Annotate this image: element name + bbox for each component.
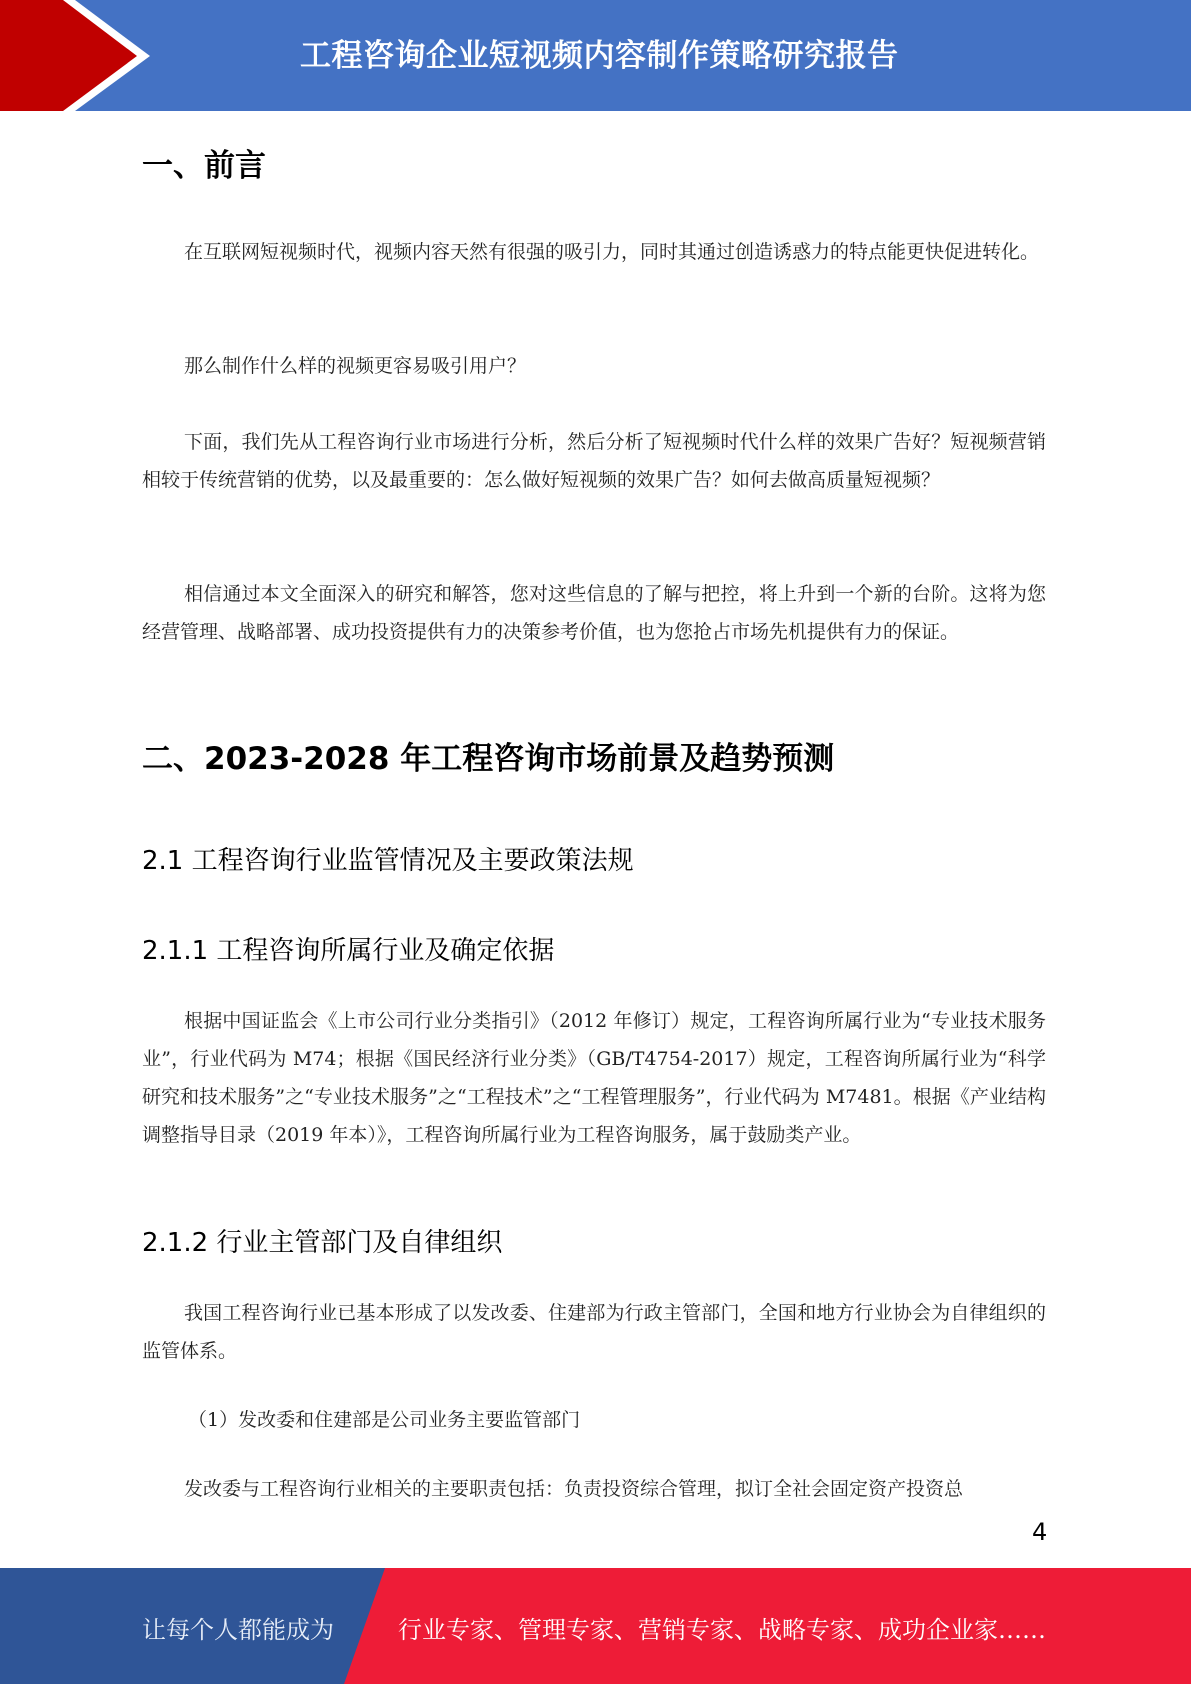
paragraph: 根据中国证监会《上市公司行业分类指引》（2012 年修订）规定，工程咨询所属行业… (142, 1002, 1046, 1154)
paragraph: 相信通过本文全面深入的研究和解答，您对这些信息的了解与把控，将上升到一个新的台阶… (142, 575, 1046, 651)
heading-market-outlook: 二、2023-2028 年工程咨询市场前景及趋势预测 (142, 733, 834, 778)
paragraph: 那么制作什么样的视频更容易吸引用户？ (142, 347, 1046, 385)
paragraph: 发改委与工程咨询行业相关的主要职责包括：负责投资综合管理，拟订全社会固定资产投资… (142, 1470, 1046, 1508)
footer-slogan-right: 行业专家、管理专家、营销专家、战略专家、成功企业家…… (398, 1610, 1046, 1645)
report-title: 工程咨询企业短视频内容制作策略研究报告 (300, 30, 899, 75)
footer-slogan-left: 让每个人都能成为 (142, 1610, 334, 1645)
heading-2-1-2: 2.1.2 行业主管部门及自律组织 (142, 1222, 502, 1259)
paragraph: 在互联网短视频时代，视频内容天然有很强的吸引力，同时其通过创造诱惑力的特点能更快… (142, 233, 1046, 271)
paragraph: 下面，我们先从工程咨询行业市场进行分析，然后分析了短视频时代什么样的效果广告好？… (142, 423, 1046, 499)
heading-2-1-1: 2.1.1 工程咨询所属行业及确定依据 (142, 930, 554, 967)
heading-2-1: 2.1 工程咨询行业监管情况及主要政策法规 (142, 840, 634, 877)
page-footer: 让每个人都能成为 行业专家、管理专家、营销专家、战略专家、成功企业家…… (0, 1568, 1191, 1684)
red-arrow-decoration-icon (0, 0, 200, 111)
paragraph: 我国工程咨询行业已基本形成了以发改委、住建部为行政主管部门，全国和地方行业协会为… (142, 1294, 1046, 1370)
page-number: 4 (1032, 1518, 1047, 1546)
page-header: 工程咨询企业短视频内容制作策略研究报告 (0, 0, 1191, 111)
heading-preface: 一、前言 (142, 140, 266, 185)
list-item: （1）发改委和住建部是公司业务主要监管部门 (142, 1401, 1046, 1439)
